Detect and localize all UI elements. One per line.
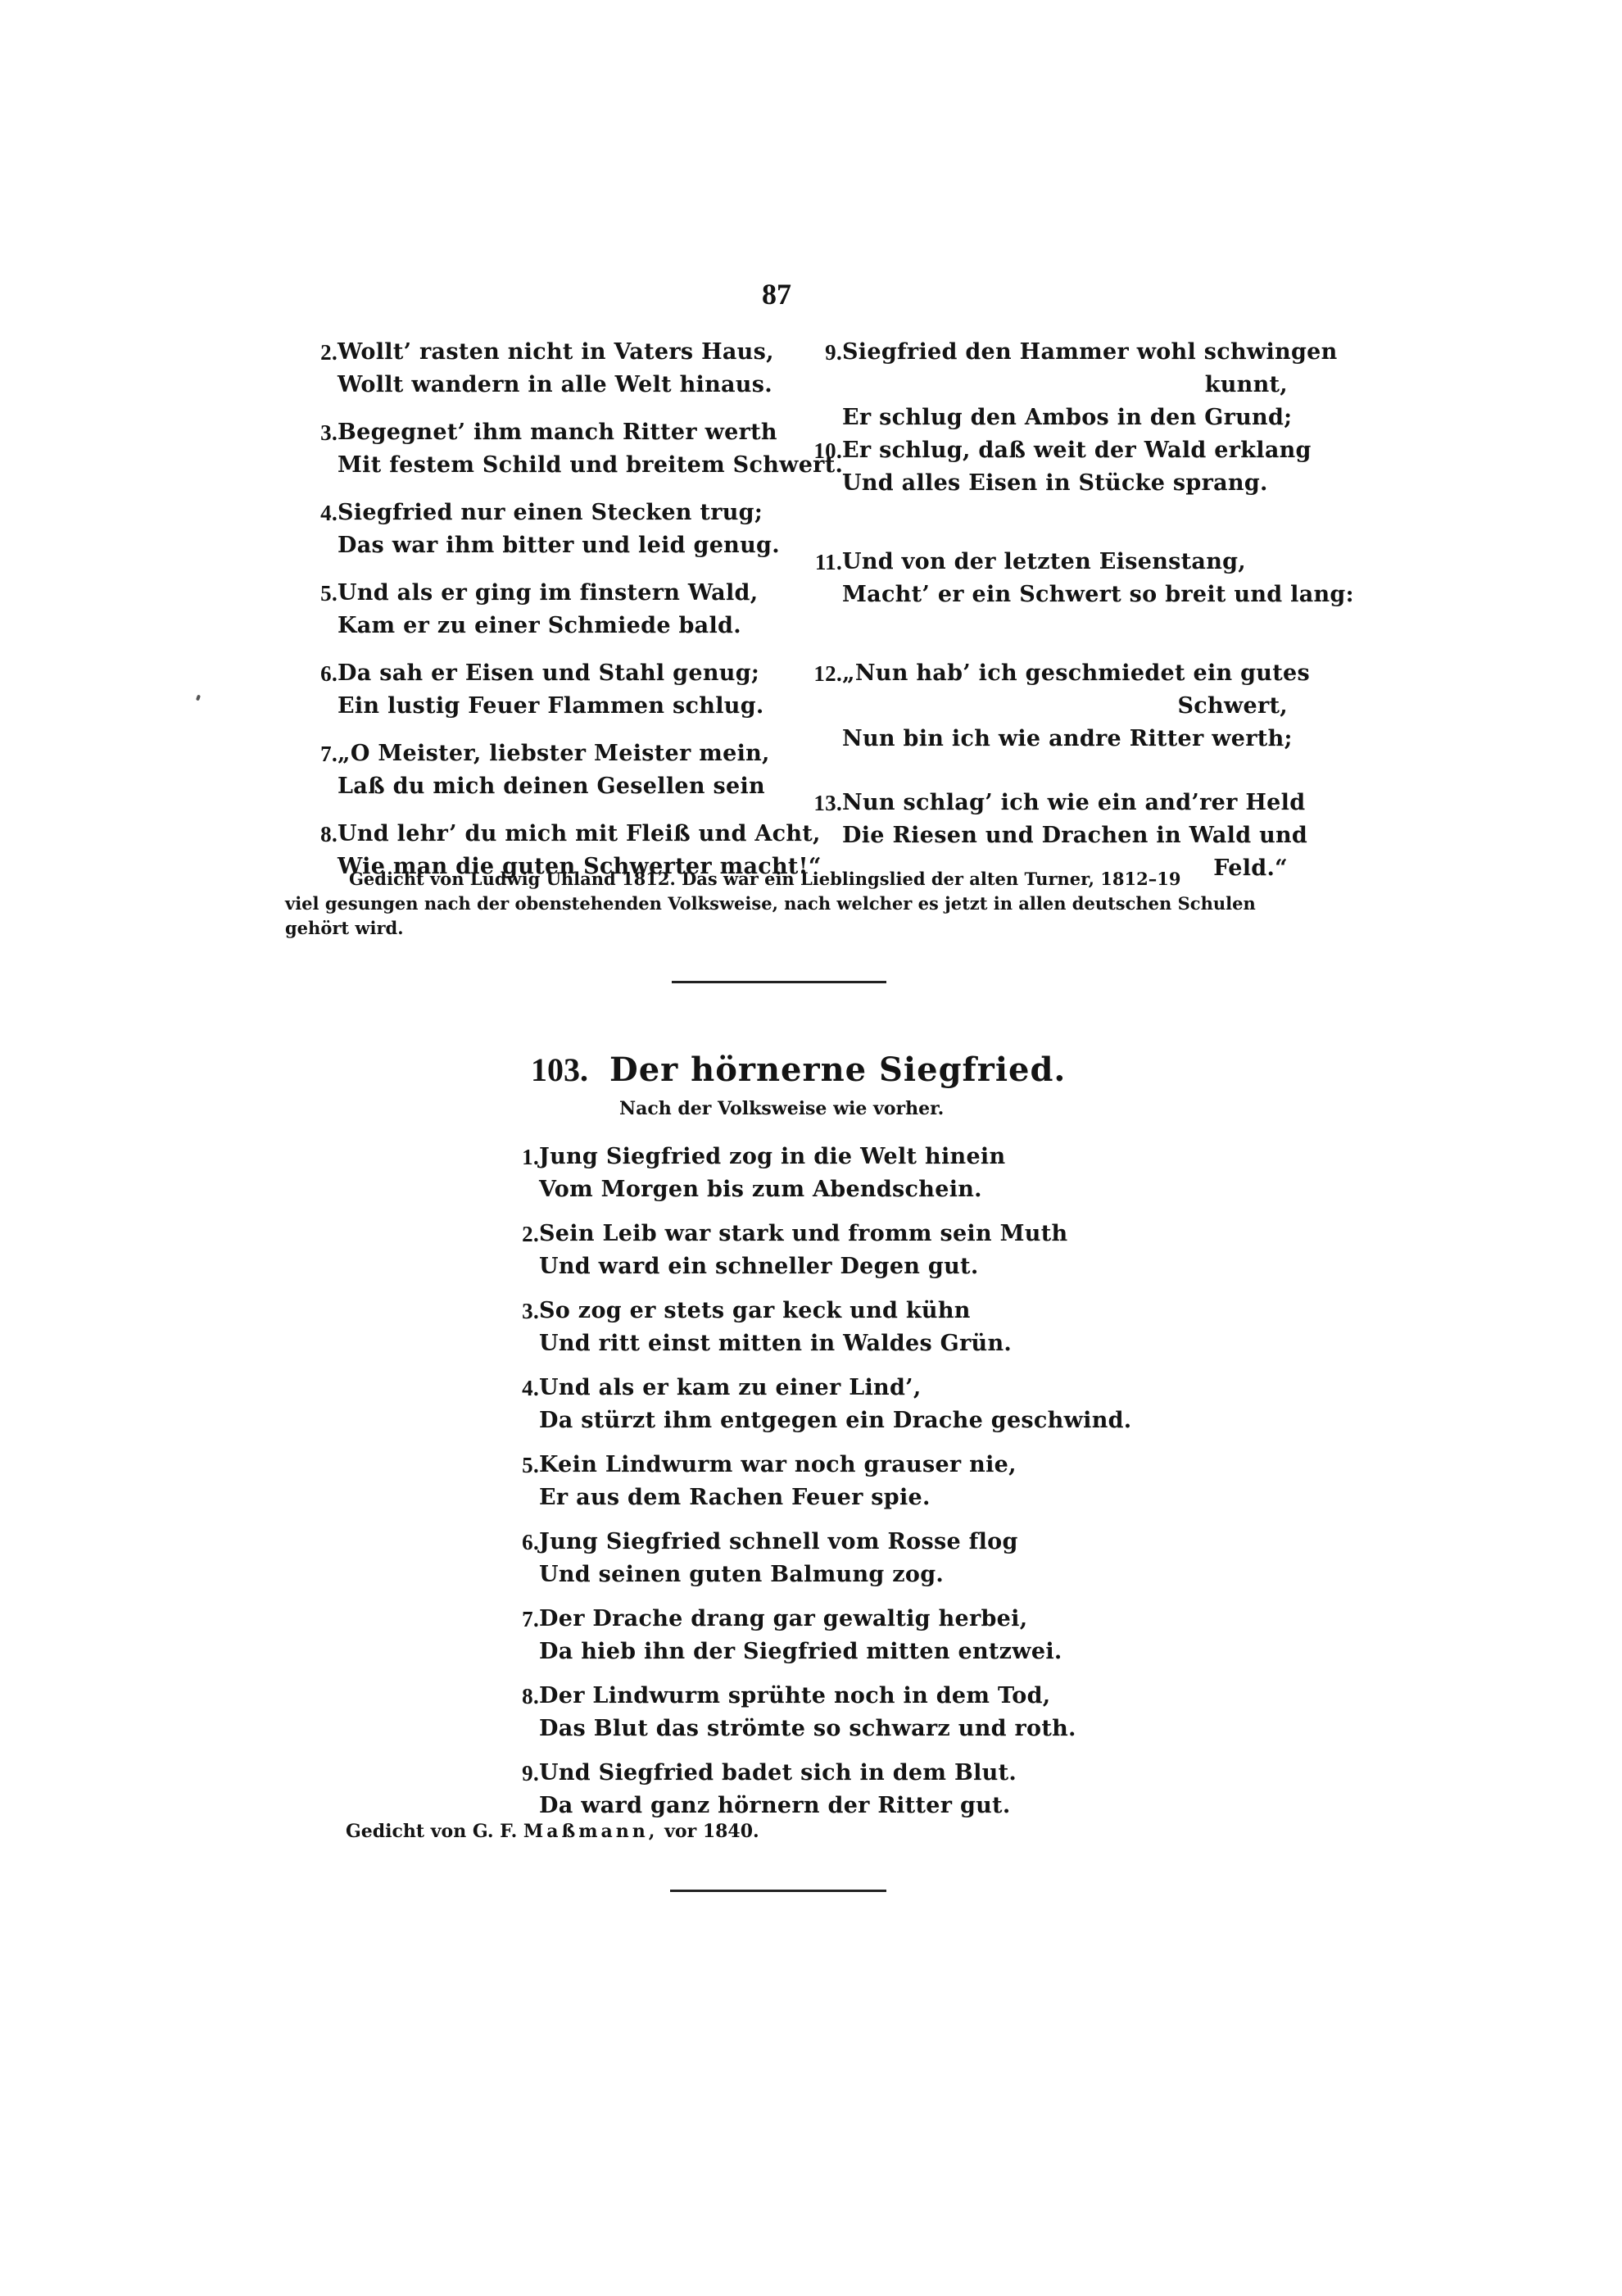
stanza-number: 3. <box>506 1295 539 1327</box>
verse-line: Kein Lindwurm war noch grauser nie, <box>539 1449 1096 1482</box>
verse-line-wrap: Schwert, <box>842 690 1288 723</box>
verse-line: Und alles Eisen in Stücke sprang. <box>842 467 1288 500</box>
stanza: 8. Der Lindwurm sprühte noch in dem Tod,… <box>506 1680 1096 1745</box>
melody-note: Nach der Volksweise wie vorher. <box>619 1098 944 1119</box>
verse-line: Und als er ging im finstern Wald, <box>338 577 788 610</box>
stanza-number: 9. <box>506 1757 539 1790</box>
stanza-number: 1. <box>506 1141 539 1173</box>
verse-line: Das Blut das strömte so schwarz und roth… <box>539 1713 1096 1745</box>
verse-line: Kam er zu einer Schmiede bald. <box>338 610 788 642</box>
verse-line: Er schlug, daß weit der Wald erklang <box>842 434 1288 467</box>
stanza-number: 5. <box>305 577 338 610</box>
stanza: 1. Jung Siegfried zog in die Welt hinein… <box>506 1141 1096 1206</box>
page-number: 87 <box>762 277 791 311</box>
stanza: 2. Sein Leib war stark und fromm sein Mu… <box>506 1218 1096 1283</box>
stanza-number: 8. <box>506 1680 539 1713</box>
spacer <box>804 770 1288 787</box>
song-102-footnote: Gedicht von Ludwig Uhland 1812. Das war … <box>285 867 1276 941</box>
verse-line-wrap: kunnt, <box>842 369 1288 402</box>
stanza-number: 8. <box>305 818 338 851</box>
stanza-number: 3. <box>305 416 338 449</box>
spacer <box>804 626 1288 657</box>
stanza: 10. Er schlug, daß weit der Wald erklang… <box>804 434 1288 500</box>
stanza-number: 2. <box>305 336 338 369</box>
verse-line: „O Meister, liebster Meister mein, <box>338 737 788 770</box>
stanza-number: 6. <box>506 1526 539 1559</box>
verse-line: Sein Leib war stark und fromm sein Muth <box>539 1218 1096 1250</box>
spacer <box>804 515 1288 546</box>
song-title-text: Der hörnerne Siegfried. <box>609 1050 1066 1089</box>
verse-line: Und von der letzten Eisenstang, <box>842 546 1288 579</box>
stanza-number: 10. <box>804 434 842 467</box>
song-title: 103.Der hörnerne Siegfried. <box>531 1050 1055 1089</box>
verse-line: Und ritt einst mitten in Waldes Grün. <box>539 1327 1096 1360</box>
scan-speck <box>196 695 201 701</box>
section-divider <box>670 1890 886 1892</box>
verse-line: Wollt wandern in alle Welt hinaus. <box>338 369 788 402</box>
stanza: 4. Siegfried nur einen Stecken trug; Das… <box>305 497 788 562</box>
verse-line: Siegfried den Hammer wohl schwingen <box>842 336 1288 369</box>
footnote-line: viel gesungen nach der obenstehenden Vol… <box>285 893 1256 914</box>
stanza: 6. Da sah er Eisen und Stahl genug; Ein … <box>305 657 788 723</box>
section-divider <box>672 981 886 983</box>
stanza-number: 7. <box>305 737 338 770</box>
stanza-number: 4. <box>506 1372 539 1404</box>
verse-line: Das war ihm bitter und leid genug. <box>338 529 788 562</box>
stanza: 3. Begegnet’ ihm manch Ritter werth Mit … <box>305 416 788 482</box>
stanza: 12. „Nun hab’ ich geschmiedet ein gutes … <box>804 657 1288 756</box>
verse-line: Er aus dem Rachen Feuer spie. <box>539 1482 1096 1514</box>
verse-line: Und lehr’ du mich mit Fleiß und Acht, <box>338 818 788 851</box>
verse-line: Mit festem Schild und breitem Schwert. <box>338 449 788 482</box>
stanza: 2. Wollt’ rasten nicht in Vaters Haus, W… <box>305 336 788 402</box>
stanza: 9. Siegfried den Hammer wohl schwingen k… <box>804 336 1288 434</box>
verse-line: Da ward ganz hörnern der Ritter gut. <box>539 1790 1096 1822</box>
stanza: 7. „O Meister, liebster Meister mein, La… <box>305 737 788 803</box>
stanza-number: 4. <box>305 497 338 529</box>
verse-line: So zog er stets gar keck und kühn <box>539 1295 1096 1327</box>
verse-line: Und als er kam zu einer Lind’, <box>539 1372 1096 1404</box>
song-number: 103. <box>531 1051 588 1088</box>
stanza-number: 11. <box>804 546 842 579</box>
verse-line: Nun bin ich wie andre Ritter werth; <box>842 723 1288 756</box>
verse-line: Siegfried nur einen Stecken trug; <box>338 497 788 529</box>
verse-line: „Nun hab’ ich geschmiedet ein gutes <box>842 657 1288 690</box>
stanza-number: 7. <box>506 1603 539 1636</box>
attribution-prefix: Gedicht von G. F. <box>346 1821 517 1842</box>
stanza-number: 12. <box>804 657 842 690</box>
stanza: 5. Kein Lindwurm war noch grauser nie, E… <box>506 1449 1096 1514</box>
stanza: 11. Und von der letzten Eisenstang, Mach… <box>804 546 1288 611</box>
footnote-line: Gedicht von Ludwig Uhland 1812. Das war … <box>349 869 1180 889</box>
stanza-number: 9. <box>804 336 842 369</box>
verse-line: Er schlug den Ambos in den Grund; <box>842 402 1288 434</box>
verse-line: Ein lustig Feuer Flammen schlug. <box>338 690 788 723</box>
stanza: 5. Und als er ging im finstern Wald, Kam… <box>305 577 788 642</box>
stanza-number: 6. <box>305 657 338 690</box>
verse-line: Jung Siegfried schnell vom Rosse flog <box>539 1526 1096 1559</box>
verse-line: Begegnet’ ihm manch Ritter werth <box>338 416 788 449</box>
attribution-author: Maßmann, <box>523 1821 659 1842</box>
stanza: 9. Und Siegfried badet sich in dem Blut.… <box>506 1757 1096 1822</box>
verse-line: Und Siegfried badet sich in dem Blut. <box>539 1757 1096 1790</box>
stanza-number: 5. <box>506 1449 539 1482</box>
verse-line: Da sah er Eisen und Stahl genug; <box>338 657 788 690</box>
verse-line: Da hieb ihn der Siegfried mitten entzwei… <box>539 1636 1096 1668</box>
song-102-right-column: 9. Siegfried den Hammer wohl schwingen k… <box>804 336 1288 900</box>
footnote-line: gehört wird. <box>285 918 404 938</box>
verse-line: Vom Morgen bis zum Abendschein. <box>539 1173 1096 1206</box>
verse-line: Wollt’ rasten nicht in Vaters Haus, <box>338 336 788 369</box>
stanza-number: 2. <box>506 1218 539 1250</box>
verse-line: Der Lindwurm sprühte noch in dem Tod, <box>539 1680 1096 1713</box>
attribution-date: vor 1840. <box>664 1821 759 1842</box>
verse-line: Macht’ er ein Schwert so breit und lang: <box>842 579 1288 611</box>
stanza: 3. So zog er stets gar keck und kühn Und… <box>506 1295 1096 1360</box>
stanza: 7. Der Drache drang gar gewaltig herbei,… <box>506 1603 1096 1668</box>
verse-line: Der Drache drang gar gewaltig herbei, <box>539 1603 1096 1636</box>
book-page: 87 2. Wollt’ rasten nicht in Vaters Haus… <box>0 0 1622 2296</box>
song-103-attribution: Gedicht von G. F. Maßmann, vor 1840. <box>346 1821 759 1842</box>
verse-line: Da stürzt ihm entgegen ein Drache geschw… <box>539 1404 1096 1437</box>
verse-line: Die Riesen und Drachen in Wald und <box>842 819 1288 852</box>
verse-line: Und ward ein schneller Degen gut. <box>539 1250 1096 1283</box>
stanza: 6. Jung Siegfried schnell vom Rosse flog… <box>506 1526 1096 1591</box>
stanza: 4. Und als er kam zu einer Lind’, Da stü… <box>506 1372 1096 1437</box>
verse-line: Jung Siegfried zog in die Welt hinein <box>539 1141 1096 1173</box>
stanza-number: 13. <box>804 787 842 819</box>
verse-line: Und seinen guten Balmung zog. <box>539 1559 1096 1591</box>
song-103-stanzas: 1. Jung Siegfried zog in die Welt hinein… <box>506 1141 1096 1834</box>
verse-line: Laß du mich deinen Gesellen sein <box>338 770 788 803</box>
song-102-left-column: 2. Wollt’ rasten nicht in Vaters Haus, W… <box>305 336 788 898</box>
verse-line: Nun schlag’ ich wie ein and’rer Held <box>842 787 1288 819</box>
